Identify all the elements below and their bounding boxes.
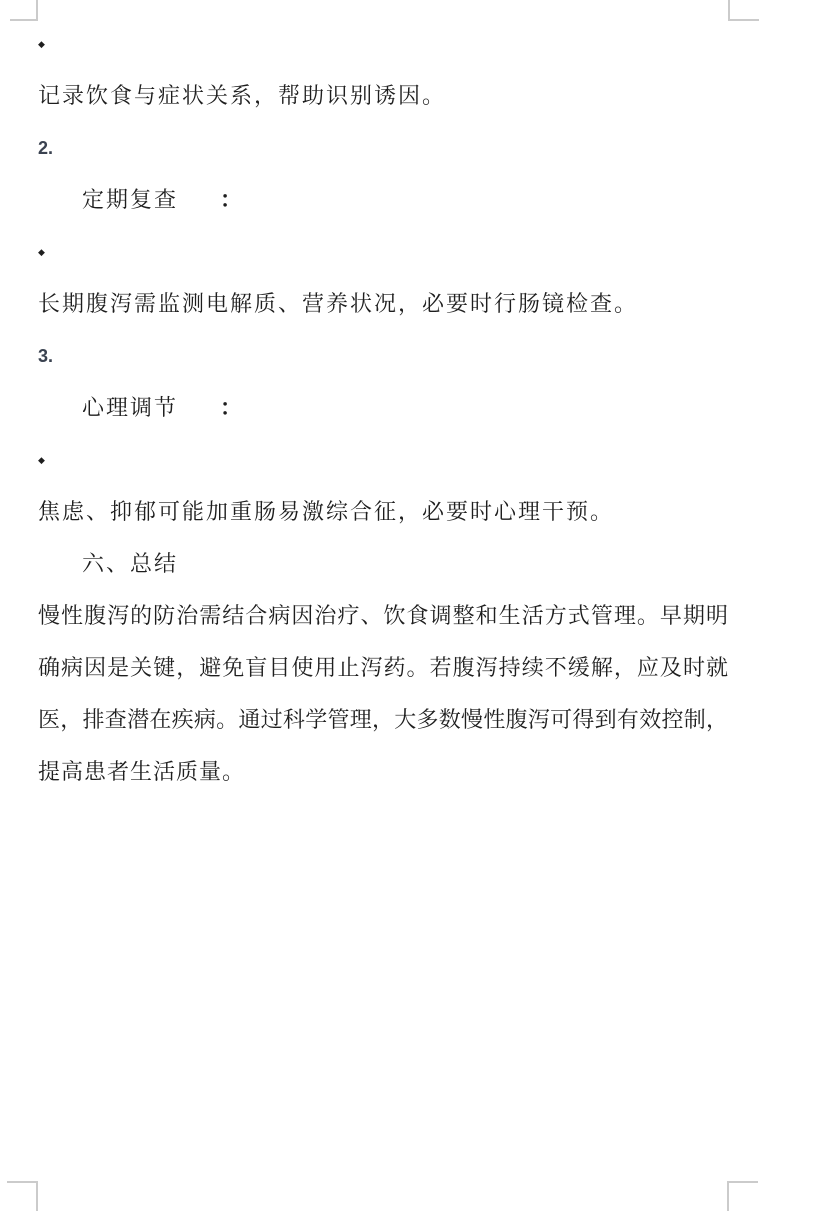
bullet-item-text: 长期腹泻需监测电解质、营养状况，必要时行肠镜检查。 [38, 278, 728, 330]
list-number-2: 2. [38, 122, 728, 174]
summary-paragraph-line: 提高患者生活质量。 [38, 746, 728, 798]
section-heading-summary: 六、总结 [38, 538, 728, 590]
document-body: ◆ 记录饮食与症状关系，帮助识别诱因。 2. 定期复查： ◆ 长期腹泻需监测电解… [38, 18, 728, 798]
bullet-icon: ◆ [38, 455, 45, 465]
bullet-item-text: 焦虑、抑郁可能加重肠易激综合征，必要时心理干预。 [38, 486, 728, 538]
document-page: ◆ 记录饮食与症状关系，帮助识别诱因。 2. 定期复查： ◆ 长期腹泻需监测电解… [0, 0, 815, 1215]
item-colon: ： [220, 187, 244, 212]
list-number-3: 3. [38, 330, 728, 382]
summary-paragraph-line: 医，排查潜在疾病。通过科学管理，大多数慢性腹泻可得到有效控制， [38, 694, 728, 746]
summary-paragraph-line: 确病因是关键，避免盲目使用止泻药。若腹泻持续不缓解，应及时就 [38, 642, 728, 694]
numbered-item-title-3: 心理调节： [38, 382, 728, 434]
bullet-icon: ◆ [38, 247, 45, 257]
bullet-list-item: ◆ [38, 434, 728, 486]
margin-mark-top-left-icon [10, 0, 38, 21]
item-label: 定期复查 [82, 187, 178, 212]
summary-paragraph-line: 慢性腹泻的防治需结合病因治疗、饮食调整和生活方式管理。早期明 [38, 590, 728, 642]
item-label: 心理调节 [82, 395, 178, 420]
margin-mark-bottom-left-icon [7, 1181, 38, 1211]
margin-mark-top-right-icon [728, 0, 759, 21]
bullet-list-item: ◆ [38, 18, 728, 70]
item-colon: ： [220, 395, 244, 420]
bullet-list-item: ◆ [38, 226, 728, 278]
numbered-item-title-2: 定期复查： [38, 174, 728, 226]
bullet-icon: ◆ [38, 39, 45, 49]
margin-mark-bottom-right-icon [727, 1181, 758, 1211]
bullet-item-text: 记录饮食与症状关系，帮助识别诱因。 [38, 70, 728, 122]
